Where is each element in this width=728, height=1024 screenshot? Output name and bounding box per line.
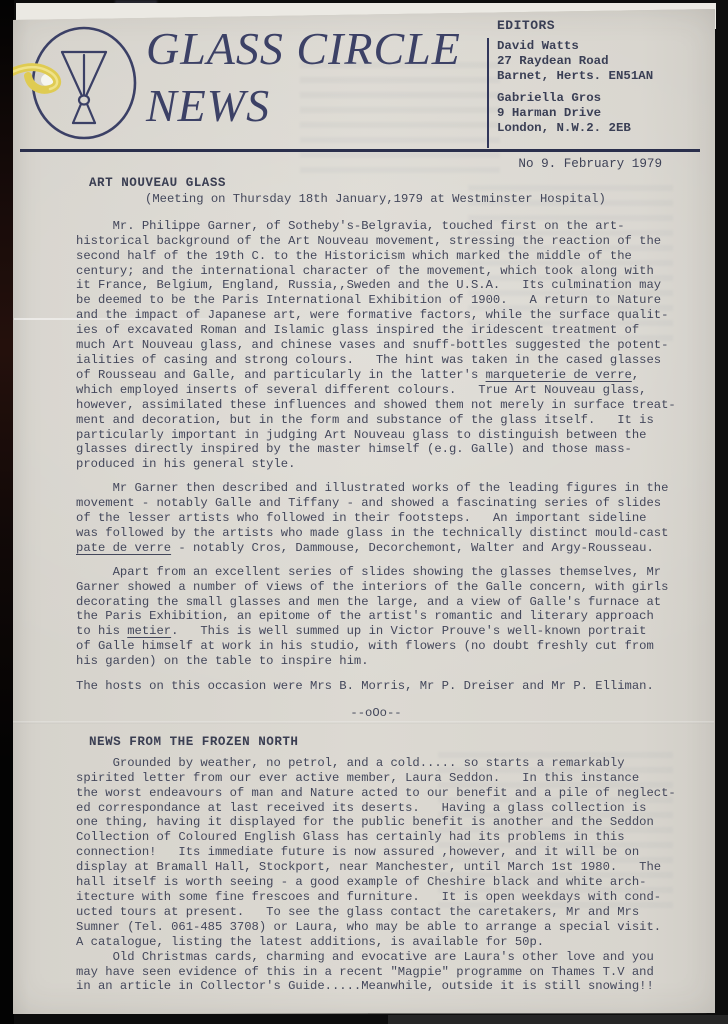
section-divider: --oOo-- — [76, 706, 676, 721]
para2-underlined-term: pate de verre — [76, 541, 171, 555]
editor-2-addr2: London, N.W.2. 2EB — [497, 121, 653, 136]
editor-1: David Watts 27 Raydean Road Barnet, Hert… — [497, 39, 653, 85]
newsletter-title: GLASS CIRCLE NEWS — [146, 20, 461, 134]
editor-2: Gabriella Gros 9 Harman Drive London, N.… — [497, 91, 653, 137]
article1-subheading: (Meeting on Thursday 18th January,1979 a… — [145, 192, 682, 207]
binding-string — [2, 46, 82, 102]
page-body: ART NOUVEAU GLASS (Meeting on Thursday 1… — [76, 176, 682, 994]
para1-underlined-term: marqueterie de verre — [486, 368, 632, 382]
article2-body: Grounded by weather, no petrol, and a co… — [76, 756, 682, 995]
editor-1-addr1: 27 Raydean Road — [497, 54, 653, 69]
editors-label: EDITORS — [497, 18, 653, 33]
masthead-rule — [20, 149, 700, 152]
para3-underlined-term: metier — [127, 624, 171, 638]
newsletter-page: GLASS CIRCLE NEWS EDITORS David Watts 27… — [0, 0, 728, 1024]
para2-text-b: - notably Cros, Dammouse, Decorchemont, … — [171, 541, 654, 555]
article1-heading: ART NOUVEAU GLASS — [89, 176, 682, 191]
editor-2-addr1: 9 Harman Drive — [497, 106, 653, 121]
scan-frame-edge — [0, 0, 14, 1024]
masthead-divider-line — [487, 38, 489, 148]
article2-heading: NEWS FROM THE FROZEN NORTH — [89, 735, 682, 750]
para2-text-a: Mr Garner then described and illustrated… — [76, 481, 668, 540]
article1-paragraph-3: Apart from an excellent series of slides… — [76, 565, 682, 669]
title-line-2: NEWS — [146, 77, 461, 134]
hosts-line: The hosts on this occasion were Mrs B. M… — [76, 679, 682, 694]
editor-1-name: David Watts — [497, 39, 653, 54]
issue-line: No 9. February 1979 — [0, 157, 662, 171]
editor-1-addr2: Barnet, Herts. EN51AN — [497, 69, 653, 84]
editors-block: EDITORS David Watts 27 Raydean Road Barn… — [497, 18, 653, 136]
scan-frame-streak — [388, 1015, 728, 1024]
para1-text-b: , which employed inserts of several diff… — [76, 368, 676, 471]
title-line-1: GLASS CIRCLE — [146, 20, 461, 77]
para1-text-a: Mr. Philippe Garner, of Sotheby's-Belgra… — [76, 219, 668, 382]
editor-2-name: Gabriella Gros — [497, 91, 653, 106]
article1-paragraph-1: Mr. Philippe Garner, of Sotheby's-Belgra… — [76, 219, 682, 472]
article1-paragraph-2: Mr Garner then described and illustrated… — [76, 481, 682, 556]
